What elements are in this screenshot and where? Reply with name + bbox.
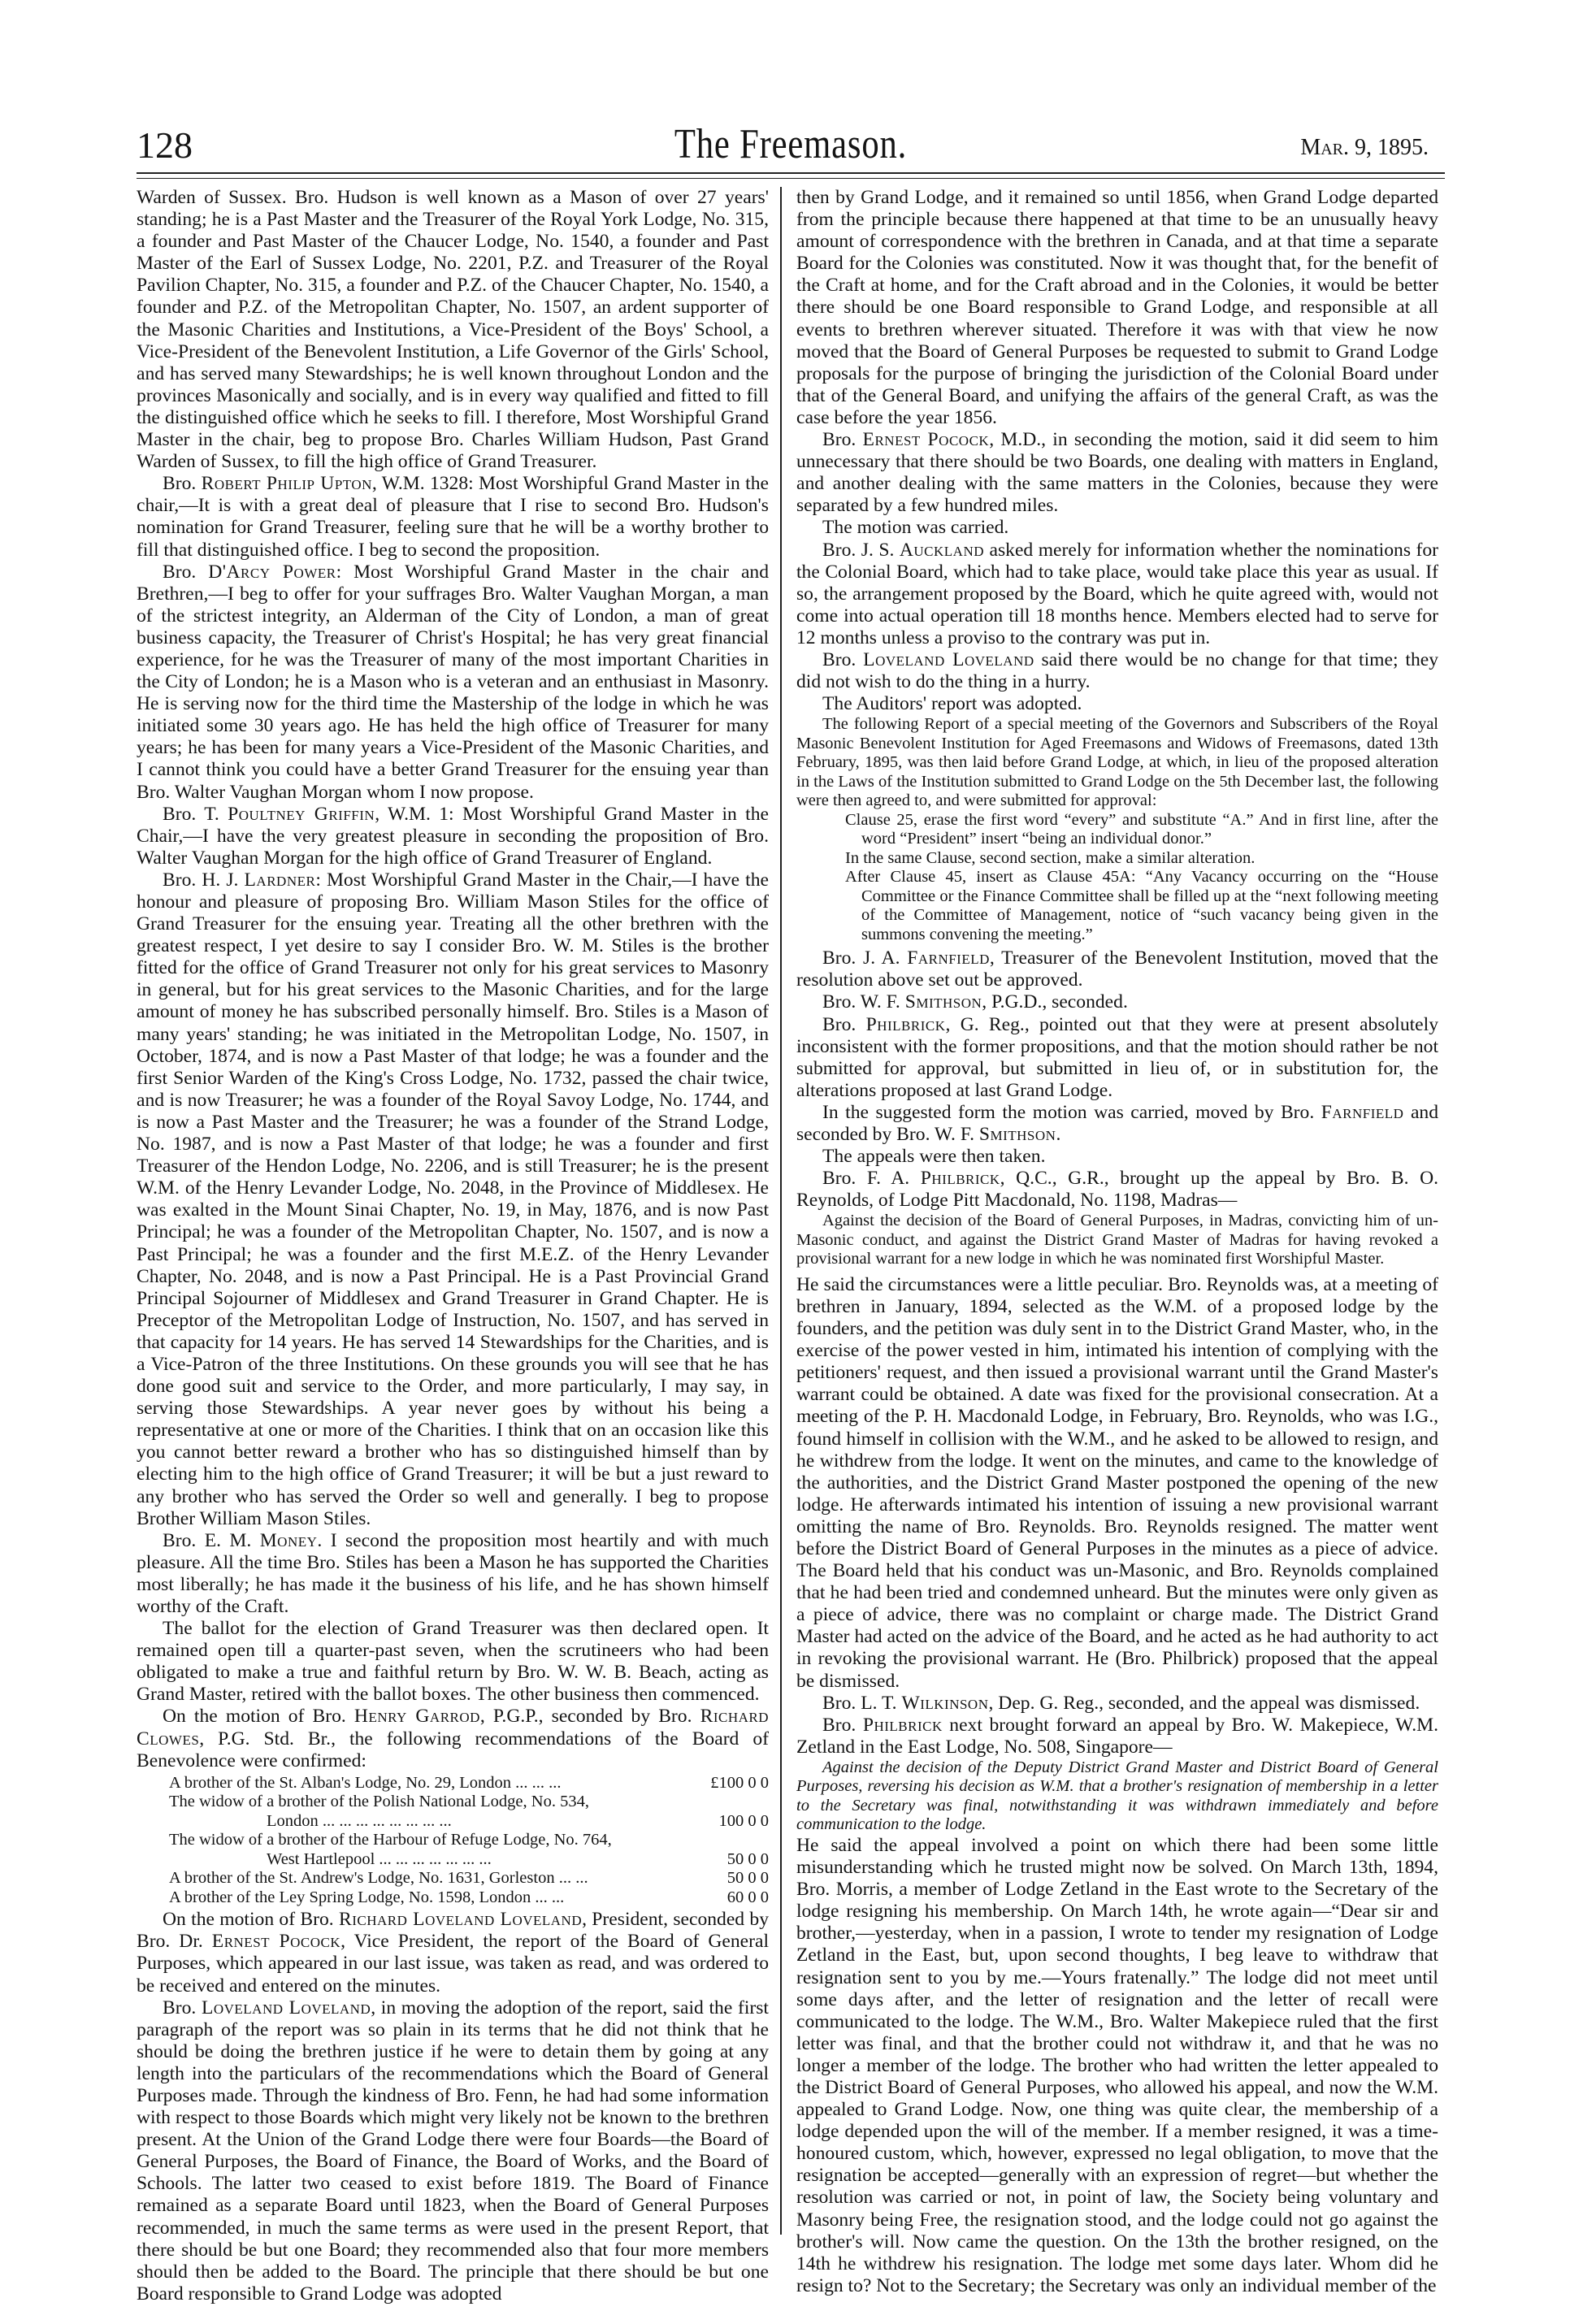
paragraph: Warden of Sussex. Bro. Hudson is well kn… [137,187,769,473]
newspaper-title: The Freemason. [254,120,1327,168]
issue-date: Mar. 9, 1895. [1300,135,1429,161]
speech-griffin: Bro. T. Poultney Griffin, W.M. 1: Most W… [137,804,769,869]
speech-lardner: Bro. H. J. Lardner: Most Worshipful Gran… [137,869,769,1530]
appeal-makepiece-summary: Against the decision of the Deputy Distr… [796,1758,1438,1835]
speech-wilkinson: Bro. L. T. Wilkinson, Dep. G. Reg., seco… [796,1693,1438,1715]
auditors-report: The Auditors' report was adopted. [796,693,1438,715]
benevolence-grants-list: A brother of the St. Alban's Lodge, No. … [169,1774,769,1908]
header-rule-double [137,178,1445,179]
speaker-name: Robert Philip Upton [202,473,372,494]
speaker-name: Loveland Loveland [863,649,1034,670]
ballot-paragraph: The ballot for the election of Grand Tre… [137,1618,769,1706]
speaker-name: Ernest Pocock [863,429,990,450]
right-column: then by Grand Lodge, and it remained so … [796,187,1438,2305]
speaker-name: Poultney Griffin [228,804,375,825]
grant-row: A brother of the St. Andrew's Lodge, No.… [169,1869,769,1888]
appeal-reynolds-intro: Bro. F. A. Philbrick, Q.C., G.R., brough… [796,1168,1438,1212]
speech-power: Bro. D'Arcy Power: Most Worshipful Grand… [137,561,769,804]
motion-carried: In the suggested form the motion was car… [796,1102,1438,1146]
speaker-name: Lardner [245,869,316,891]
speaker-name: Smithson [905,991,982,1012]
speech-loveland: Bro. Loveland Loveland, in moving the ad… [137,1997,769,2305]
clause-item: After Clause 45, insert as Clause 45A: “… [845,868,1438,944]
clause-item: In the same Clause, second section, make… [845,849,1438,869]
motion-result: The motion was carried. [796,517,1438,539]
speech-philbrick: Bro. Philbrick, G. Reg., pointed out tha… [796,1014,1438,1102]
masthead: 128 The Freemason. Mar. 9, 1895. [137,122,1445,167]
speech-loveland: Bro. Loveland Loveland said there would … [796,649,1438,693]
grant-row: A brother of the Ley Spring Lodge, No. 1… [169,1888,769,1908]
left-column: Warden of Sussex. Bro. Hudson is well kn… [137,187,780,2305]
clause-item: Clause 25, erase the first word “every” … [845,811,1438,849]
grant-row: The widow of a brother of the Harbour of… [169,1831,769,1850]
appeal-reynolds-details: He said the circumstances were a little … [796,1274,1438,1693]
header-rule [137,172,1445,174]
grant-row-continuation: London ... ... ... ... ... ... ... ...10… [169,1812,769,1832]
speaker-name: Philbrick [863,1715,943,1736]
speech-money: Bro. E. M. Money. I second the propositi… [137,1530,769,1618]
column-divider [780,187,782,2235]
speaker-name: Loveland Loveland [202,1997,371,2018]
paragraph: then by Grand Lodge, and it remained so … [796,187,1438,429]
speech-farnfield: Bro. J. A. Farnfield, Treasurer of the B… [796,947,1438,991]
article-columns: Warden of Sussex. Bro. Hudson is well kn… [137,187,1445,2305]
newspaper-page: 128 The Freemason. Mar. 9, 1895. Warden … [137,122,1445,167]
appeal-makepiece-intro: Bro. Philbrick next brought forward an a… [796,1715,1438,1758]
speaker-name: D'Arcy Power [208,561,336,583]
page-number: 128 [137,124,193,167]
speech-pocock: Bro. Ernest Pocock, M.D., in seconding t… [796,429,1438,517]
speaker-name: Money [260,1530,318,1551]
speaker-name: Auckland [900,540,984,561]
speech-upton: Bro. Robert Philip Upton, W.M. 1328: Mos… [137,473,769,561]
appeal-reynolds-summary: Against the decision of the Board of Gen… [796,1212,1438,1269]
speaker-name: Philbrick [866,1014,946,1035]
benevolence-motion: On the motion of Bro. Henry Garrod, P.G.… [137,1706,769,1771]
institution-report: The following Report of a special meetin… [796,715,1438,811]
report-motion: On the motion of Bro. Richard Loveland L… [137,1909,769,1997]
speaker-name: Philbrick [921,1168,1000,1189]
appeals-intro: The appeals were then taken. [796,1146,1438,1168]
speaker-name: Wilkinson [901,1693,988,1714]
speech-smithson: Bro. W. F. Smithson, P.G.D., seconded. [796,991,1438,1013]
clause-list: Clause 25, erase the first word “every” … [845,811,1438,945]
grant-row-continuation: West Hartlepool ... ... ... ... ... ... … [169,1850,769,1870]
grant-row: The widow of a brother of the Polish Nat… [169,1793,769,1812]
appeal-makepiece-details: He said the appeal involved a point on w… [796,1835,1438,2297]
speech-auckland: Bro. J. S. Auckland asked merely for inf… [796,540,1438,649]
speaker-name: Farnfield [907,947,990,969]
grant-row: A brother of the St. Alban's Lodge, No. … [169,1774,769,1793]
